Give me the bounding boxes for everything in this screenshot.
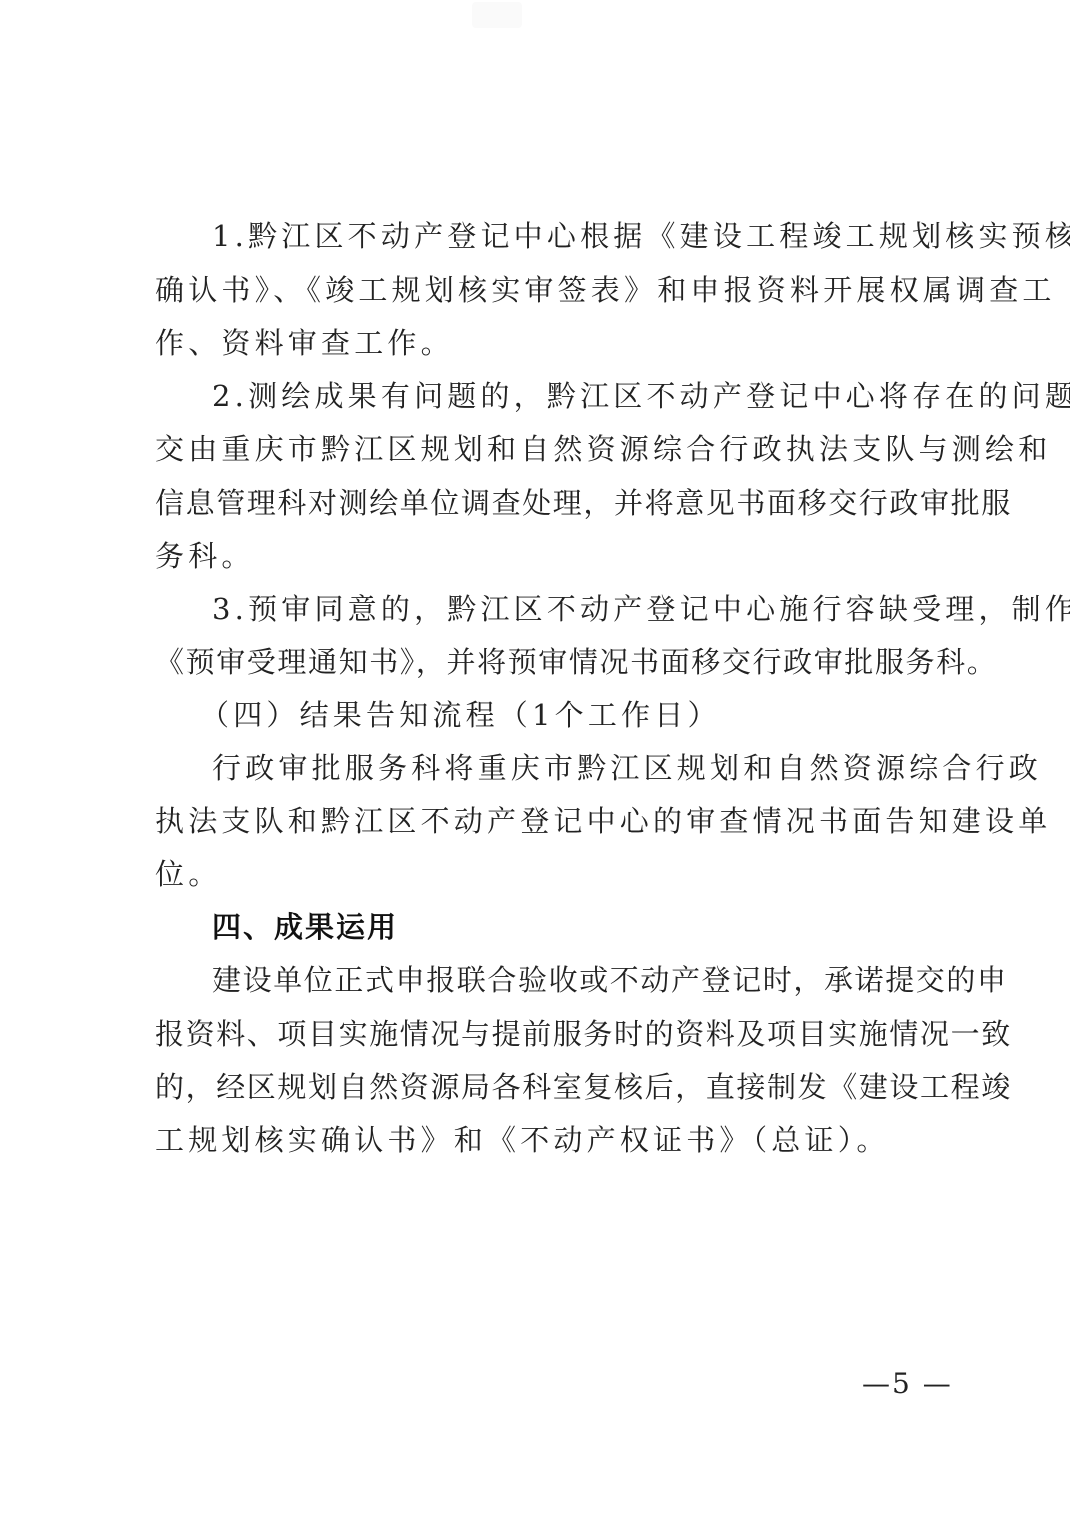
- document-page: 1.黔江区不动产登记中心根据《建设工程竣工规划核实预核 确认书》、《竣工规划核实…: [0, 0, 1070, 1535]
- paragraph-line: 3.预审同意的，黔江区不动产登记中心施行容缺受理，制作: [212, 591, 947, 627]
- paragraph-line: 1.黔江区不动产登记中心根据《建设工程竣工规划核实预核: [212, 218, 947, 254]
- subheading: （四）结果告知流程（1个工作日）: [200, 697, 935, 733]
- paragraph-line: 确认书》、《竣工规划核实审签表》和申报资料开展权属调查工: [155, 272, 947, 308]
- paragraph-line: 作、资料审查工作。: [155, 325, 947, 361]
- paragraph-line: 行政审批服务科将重庆市黔江区规划和自然资源综合行政: [212, 750, 947, 786]
- paragraph-line: 位。: [155, 856, 947, 892]
- section-heading: 四、成果运用: [212, 909, 947, 945]
- paragraph-line: 务科。: [155, 538, 947, 574]
- paragraph-line: 2.测绘成果有问题的，黔江区不动产登记中心将存在的问题: [212, 378, 947, 414]
- scan-artifact: [472, 2, 522, 28]
- paragraph-line: 信息管理科对测绘单位调查处理，并将意见书面移交行政审批服: [155, 485, 947, 521]
- paragraph-line: 执法支队和黔江区不动产登记中心的审查情况书面告知建设单: [155, 803, 947, 839]
- paragraph-line: 建设单位正式申报联合验收或不动产登记时，承诺提交的申: [212, 962, 947, 998]
- paragraph-line: 交由重庆市黔江区规划和自然资源综合行政执法支队与测绘和: [155, 431, 947, 467]
- paragraph-line: 的，经区规划自然资源局各科室复核后，直接制发《建设工程竣: [155, 1069, 947, 1105]
- paragraph-line: 《预审受理通知书》，并将预审情况书面移交行政审批服务科。: [155, 644, 947, 680]
- paragraph-line: 报资料、项目实施情况与提前服务时的资料及项目实施情况一致: [155, 1016, 947, 1052]
- page-number: —5 —: [862, 1366, 953, 1402]
- paragraph-line: 工规划核实确认书》和《不动产权证书》（总证）。: [155, 1122, 947, 1158]
